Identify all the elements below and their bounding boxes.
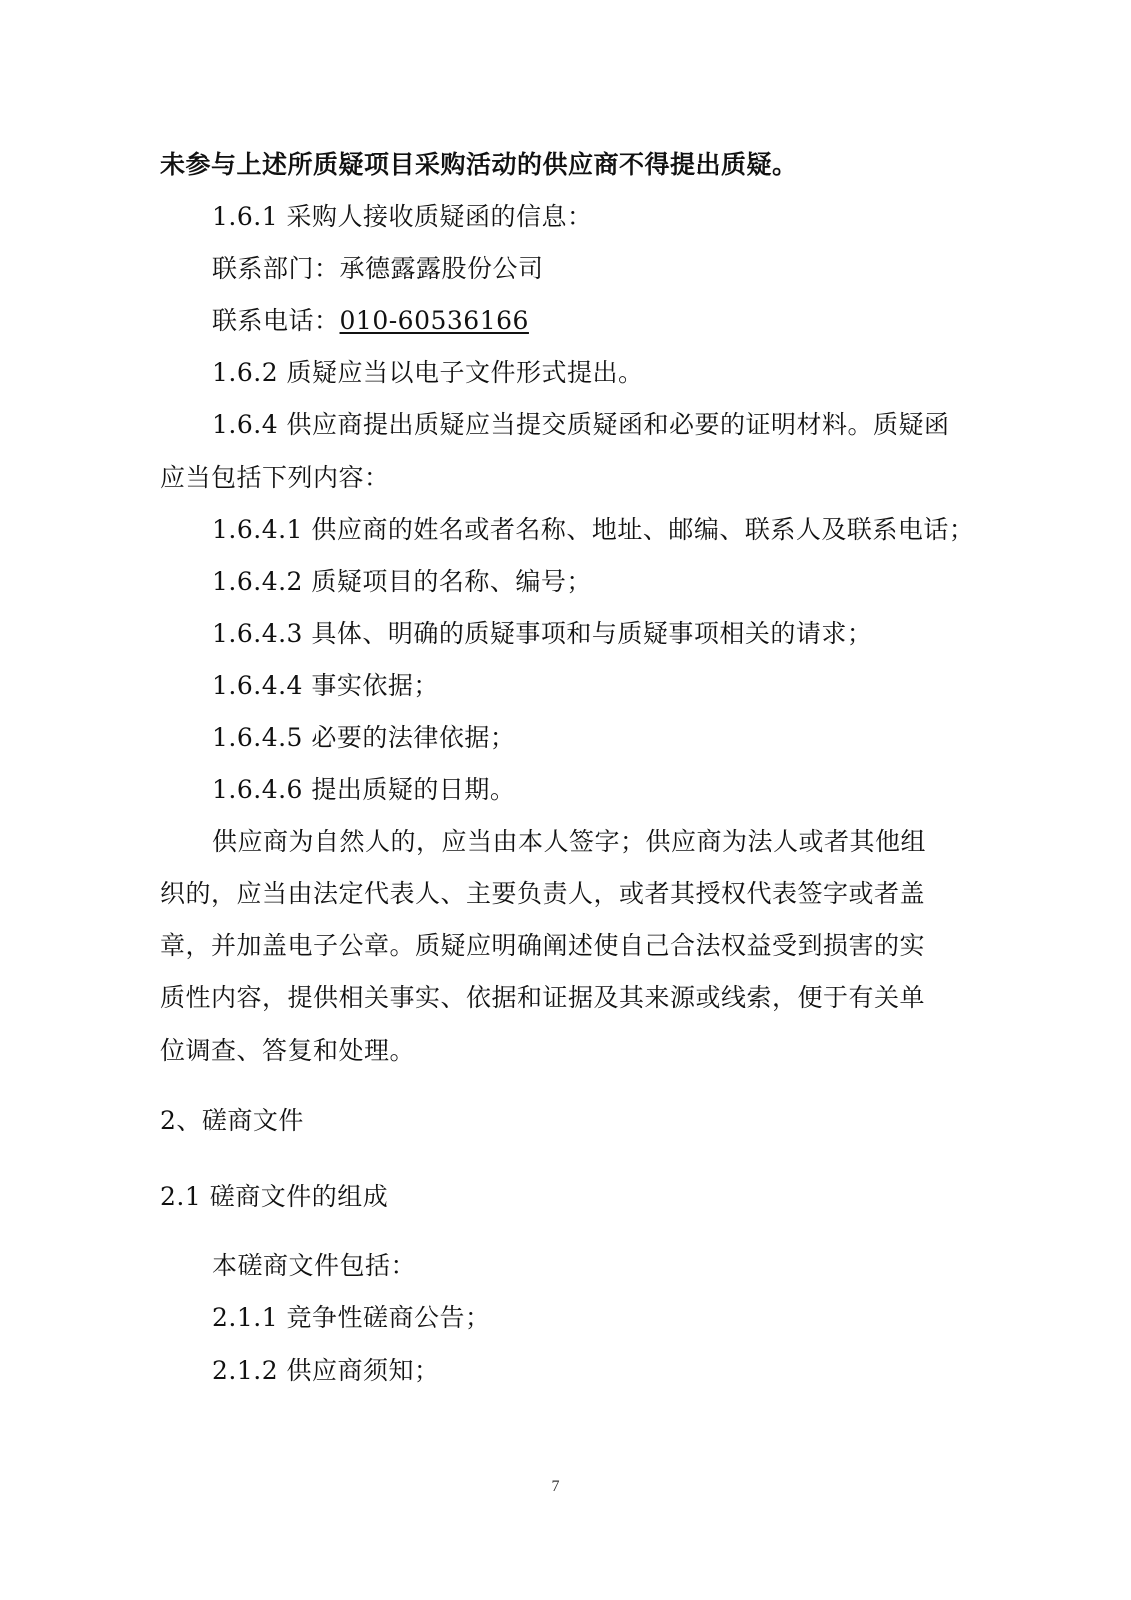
signature-paragraph-line2: 织的，应当由法定代表人、主要负责人，或者其授权代表签字或者盖 — [160, 878, 970, 910]
signature-paragraph-line5: 位调查、答复和处理。 — [160, 1035, 970, 1067]
clause-1-6-4-3: 1.6.4.3 具体、明确的质疑事项和与质疑事项相关的请求； — [212, 618, 1022, 650]
clause-1-6-4-1: 1.6.4.1 供应商的姓名或者名称、地址、邮编、联系人及联系电话； — [212, 514, 1022, 546]
section-heading-2: 2、磋商文件 — [160, 1105, 970, 1137]
signature-paragraph-line1: 供应商为自然人的，应当由本人签字；供应商为法人或者其他组 — [212, 826, 966, 858]
clause-2-1-2: 2.1.2 供应商须知； — [212, 1355, 1022, 1387]
clause-1-6-4-6: 1.6.4.6 提出质疑的日期。 — [212, 774, 1022, 806]
contact-phone-line: 联系电话：010-60536166 — [212, 305, 1022, 337]
section-heading-2-1: 2.1 磋商文件的组成 — [160, 1181, 970, 1213]
signature-paragraph-line4: 质性内容，提供相关事实、依据和证据及其来源或线索，便于有关单 — [160, 982, 970, 1014]
clause-1-6-4-4: 1.6.4.4 事实依据； — [212, 670, 1022, 702]
clause-1-6-4-line2: 应当包括下列内容： — [160, 462, 970, 494]
contact-department-label: 联系部门： — [212, 254, 340, 283]
document-page: 未参与上述所质疑项目采购活动的供应商不得提出质疑。 1.6.1 采购人接收质疑函… — [0, 0, 1131, 1600]
contact-department-line: 联系部门：承德露露股份公司 — [212, 253, 1022, 285]
clause-1-6-4-2: 1.6.4.2 质疑项目的名称、编号； — [212, 566, 1022, 598]
clause-2-1-1: 2.1.1 竞争性磋商公告； — [212, 1302, 1022, 1334]
signature-paragraph-line3: 章，并加盖电子公章。质疑应明确阐述使自己合法权益受到损害的实 — [160, 930, 970, 962]
contact-phone-label: 联系电话： — [212, 306, 340, 335]
clause-1-6-4-5: 1.6.4.5 必要的法律依据； — [212, 722, 1022, 754]
contact-phone-link[interactable]: 010-60536166 — [340, 306, 529, 335]
paragraph-no-participation-clause: 未参与上述所质疑项目采购活动的供应商不得提出质疑。 — [160, 149, 970, 181]
clause-1-6-1: 1.6.1 采购人接收质疑函的信息： — [212, 201, 1022, 233]
clause-1-6-2: 1.6.2 质疑应当以电子文件形式提出。 — [212, 357, 1022, 389]
page-number: 7 — [0, 1478, 1111, 1496]
clause-1-6-4-line1: 1.6.4 供应商提出质疑应当提交质疑函和必要的证明材料。质疑函 — [212, 409, 1022, 441]
docs-include-intro: 本磋商文件包括： — [212, 1250, 1022, 1282]
contact-department-value: 承德露露股份公司 — [340, 254, 544, 283]
